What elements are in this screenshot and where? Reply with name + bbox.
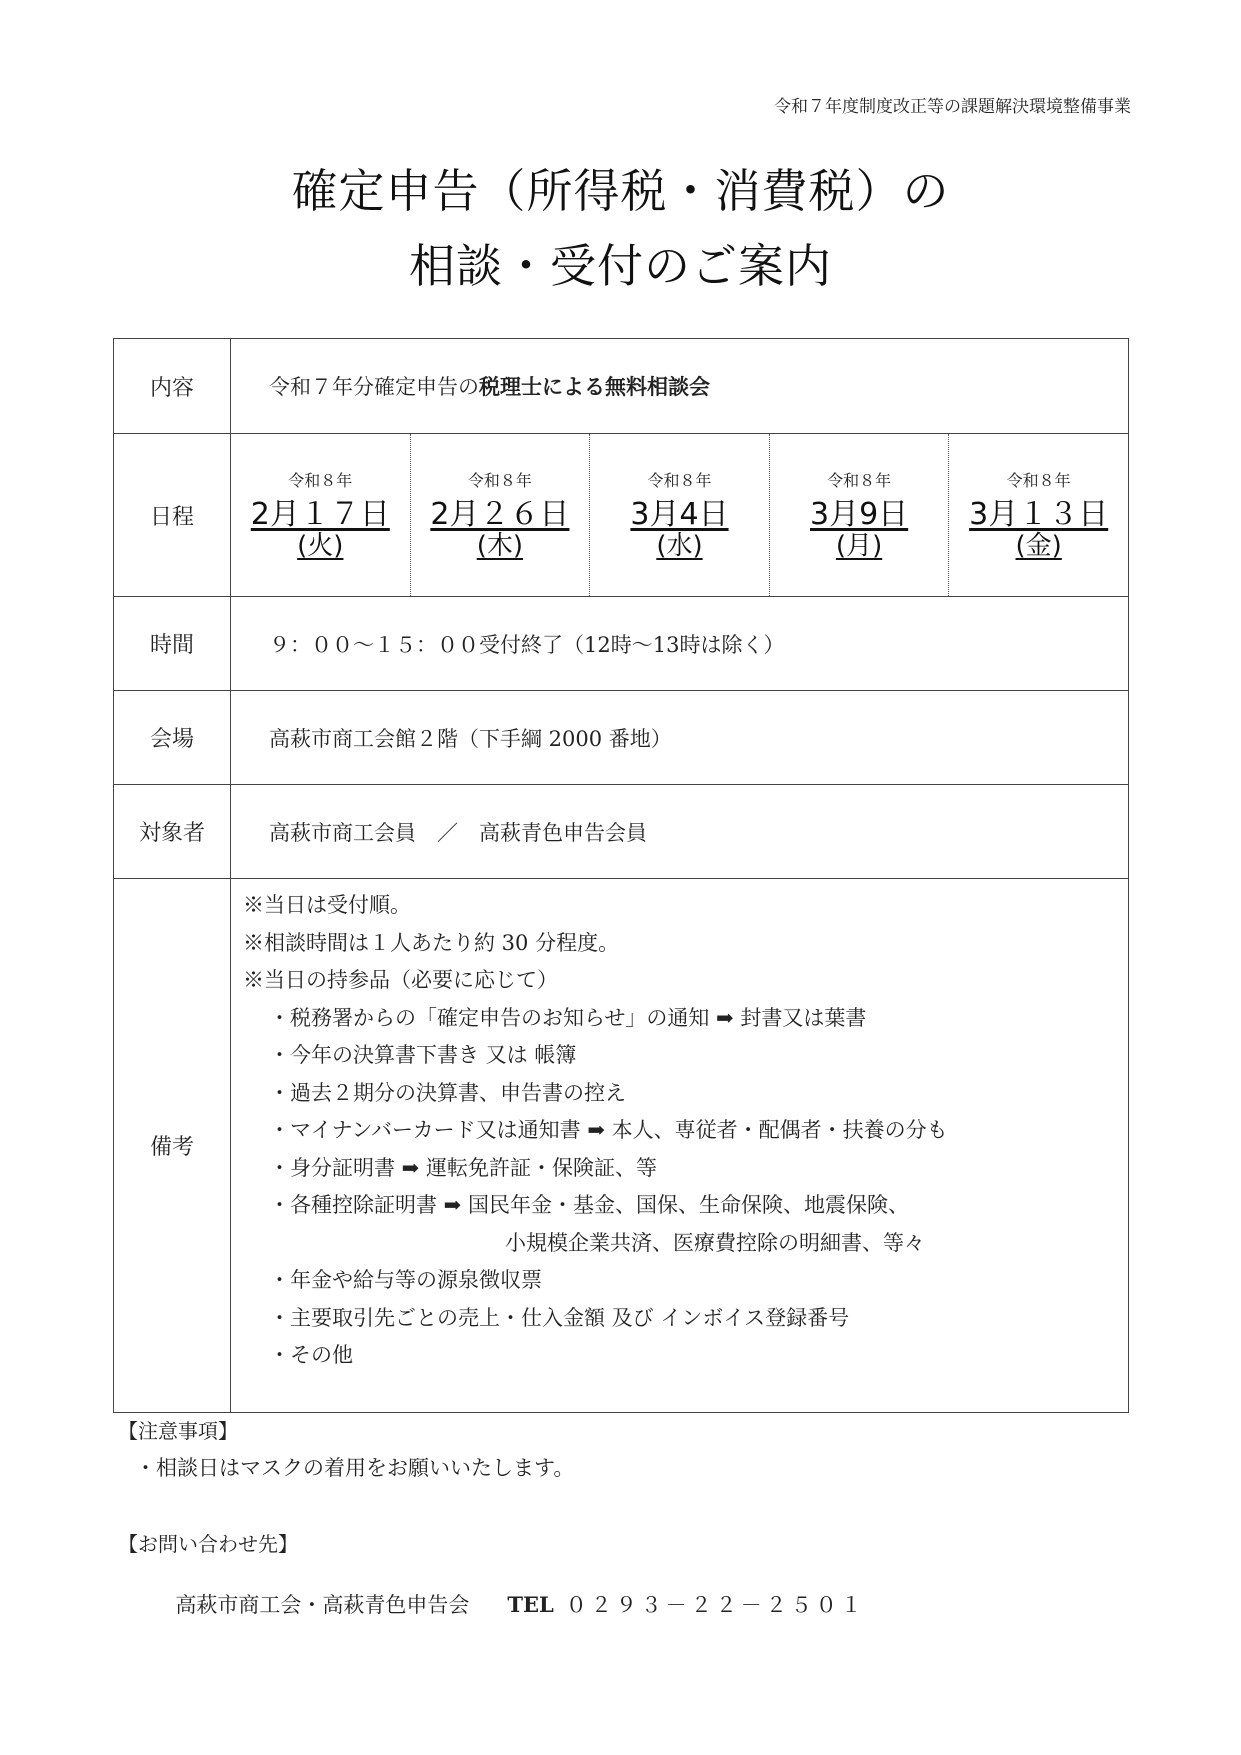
bring-item: ・その他 [243,1337,1128,1375]
date-weekday: (火) [297,530,343,563]
date-era: 令和８年 [288,468,352,491]
date-weekday: (水) [656,530,702,563]
date-weekday: (木) [477,530,523,563]
header-note: 令和７年度制度改正等の課題解決環境整備事業 [774,92,1131,117]
date-era: 令和８年 [468,468,532,491]
bring-item: ・身分証明書 ➡ 運転免許証・保険証、等 [243,1150,1128,1188]
row-time: 時間 ９：００～１５：００受付終了（12時～13時は除く） [114,597,1129,691]
contact-org: 高萩市商工会・高萩青色申告会 [175,1593,469,1617]
date-month-day: 3月4日 [630,499,728,531]
info-table: 内容 令和７年分確定申告の税理士による無料相談会 日程 令和８年 2月１７日 (… [113,338,1129,1413]
date-era: 令和８年 [647,468,711,491]
date-2: 令和８年 2月２６日 (木) [410,434,590,596]
tel-number: ０２９３－２２－２５０１ [566,1593,866,1617]
date-month-day: 2月２６日 [430,499,569,531]
value-venue: 高萩市商工会館２階（下手綱 2000 番地） [231,691,1129,785]
row-venue: 会場 高萩市商工会館２階（下手綱 2000 番地） [114,691,1129,785]
date-1: 令和８年 2月１７日 (火) [231,434,410,596]
schedule-dates: 令和８年 2月１７日 (火) 令和８年 2月２６日 (木) 令和８年 3月4日 … [231,434,1129,597]
date-3: 令和８年 3月4日 (水) [589,434,769,596]
date-month-day: 3月１３日 [969,499,1108,531]
label-notes: 備考 [114,879,231,1413]
label-target: 対象者 [114,785,231,879]
date-weekday: (金) [1016,530,1062,563]
tel-label: TEL [507,1592,553,1617]
caution-heading: 【注意事項】 [118,1415,238,1444]
label-content: 内容 [114,339,231,434]
date-month-day: 2月１７日 [251,499,390,531]
date-era: 令和８年 [1007,468,1071,491]
row-content: 内容 令和７年分確定申告の税理士による無料相談会 [114,339,1129,434]
page-title-line2: 相談・受付のご案内 [0,243,1241,289]
note-line: ※当日は受付順。 [243,887,1128,925]
label-venue: 会場 [114,691,231,785]
content-plain: 令和７年分確定申告の [269,375,479,399]
date-4: 令和８年 3月9日 (月) [769,434,949,596]
note-line: ※相談時間は１人あたり約 30 分程度。 [243,925,1128,963]
bring-item: ・今年の決算書下書き 又は 帳簿 [243,1037,1128,1075]
bring-item-continued: 小規模企業共済、医療費控除の明細書、等々 [243,1225,1128,1263]
bring-item: ・マイナンバーカード又は通知書 ➡ 本人、専従者・配偶者・扶養の分も [243,1112,1128,1150]
label-schedule: 日程 [114,434,231,597]
contact-info: 高萩市商工会・高萩青色申告会TEL０２９３－２２－２５０１ [162,1565,866,1619]
date-weekday: (月) [836,530,882,563]
notes-list: ※当日は受付順。 ※相談時間は１人あたり約 30 分程度。 ※当日の持参品（必要… [231,879,1129,1413]
row-notes: 備考 ※当日は受付順。 ※相談時間は１人あたり約 30 分程度。 ※当日の持参品… [114,879,1129,1413]
label-time: 時間 [114,597,231,691]
date-5: 令和８年 3月１３日 (金) [948,434,1128,596]
bring-item: ・主要取引先ごとの売上・仕入金額 及び インボイス登録番号 [243,1300,1128,1338]
bring-item: ・税務署からの「確定申告のお知らせ」の通知 ➡ 封書又は葉書 [243,1000,1128,1038]
contact-heading: 【お問い合わせ先】 [118,1528,298,1557]
value-time: ９：００～１５：００受付終了（12時～13時は除く） [231,597,1129,691]
value-target: 高萩市商工会員 ／ 高萩青色申告会員 [231,785,1129,879]
note-line: ※当日の持参品（必要に応じて） [243,962,1128,1000]
date-month-day: 3月9日 [810,499,908,531]
bring-item: ・過去２期分の決算書、申告書の控え [243,1075,1128,1113]
bring-item: ・各種控除証明書 ➡ 国民年金・基金、国保、生命保険、地震保険、 [243,1187,1128,1225]
row-target: 対象者 高萩市商工会員 ／ 高萩青色申告会員 [114,785,1129,879]
caution-item: ・相談日はマスクの着用をお願いいたします。 [135,1452,574,1482]
page-title-line1: 確定申告（所得税・消費税）の [0,168,1241,214]
content-bold: 税理士による無料相談会 [479,375,710,399]
date-era: 令和８年 [827,468,891,491]
row-schedule: 日程 令和８年 2月１７日 (火) 令和８年 2月２６日 (木) 令和８年 3月… [114,434,1129,597]
bring-item: ・年金や給与等の源泉徴収票 [243,1262,1128,1300]
value-content: 令和７年分確定申告の税理士による無料相談会 [231,339,1129,434]
